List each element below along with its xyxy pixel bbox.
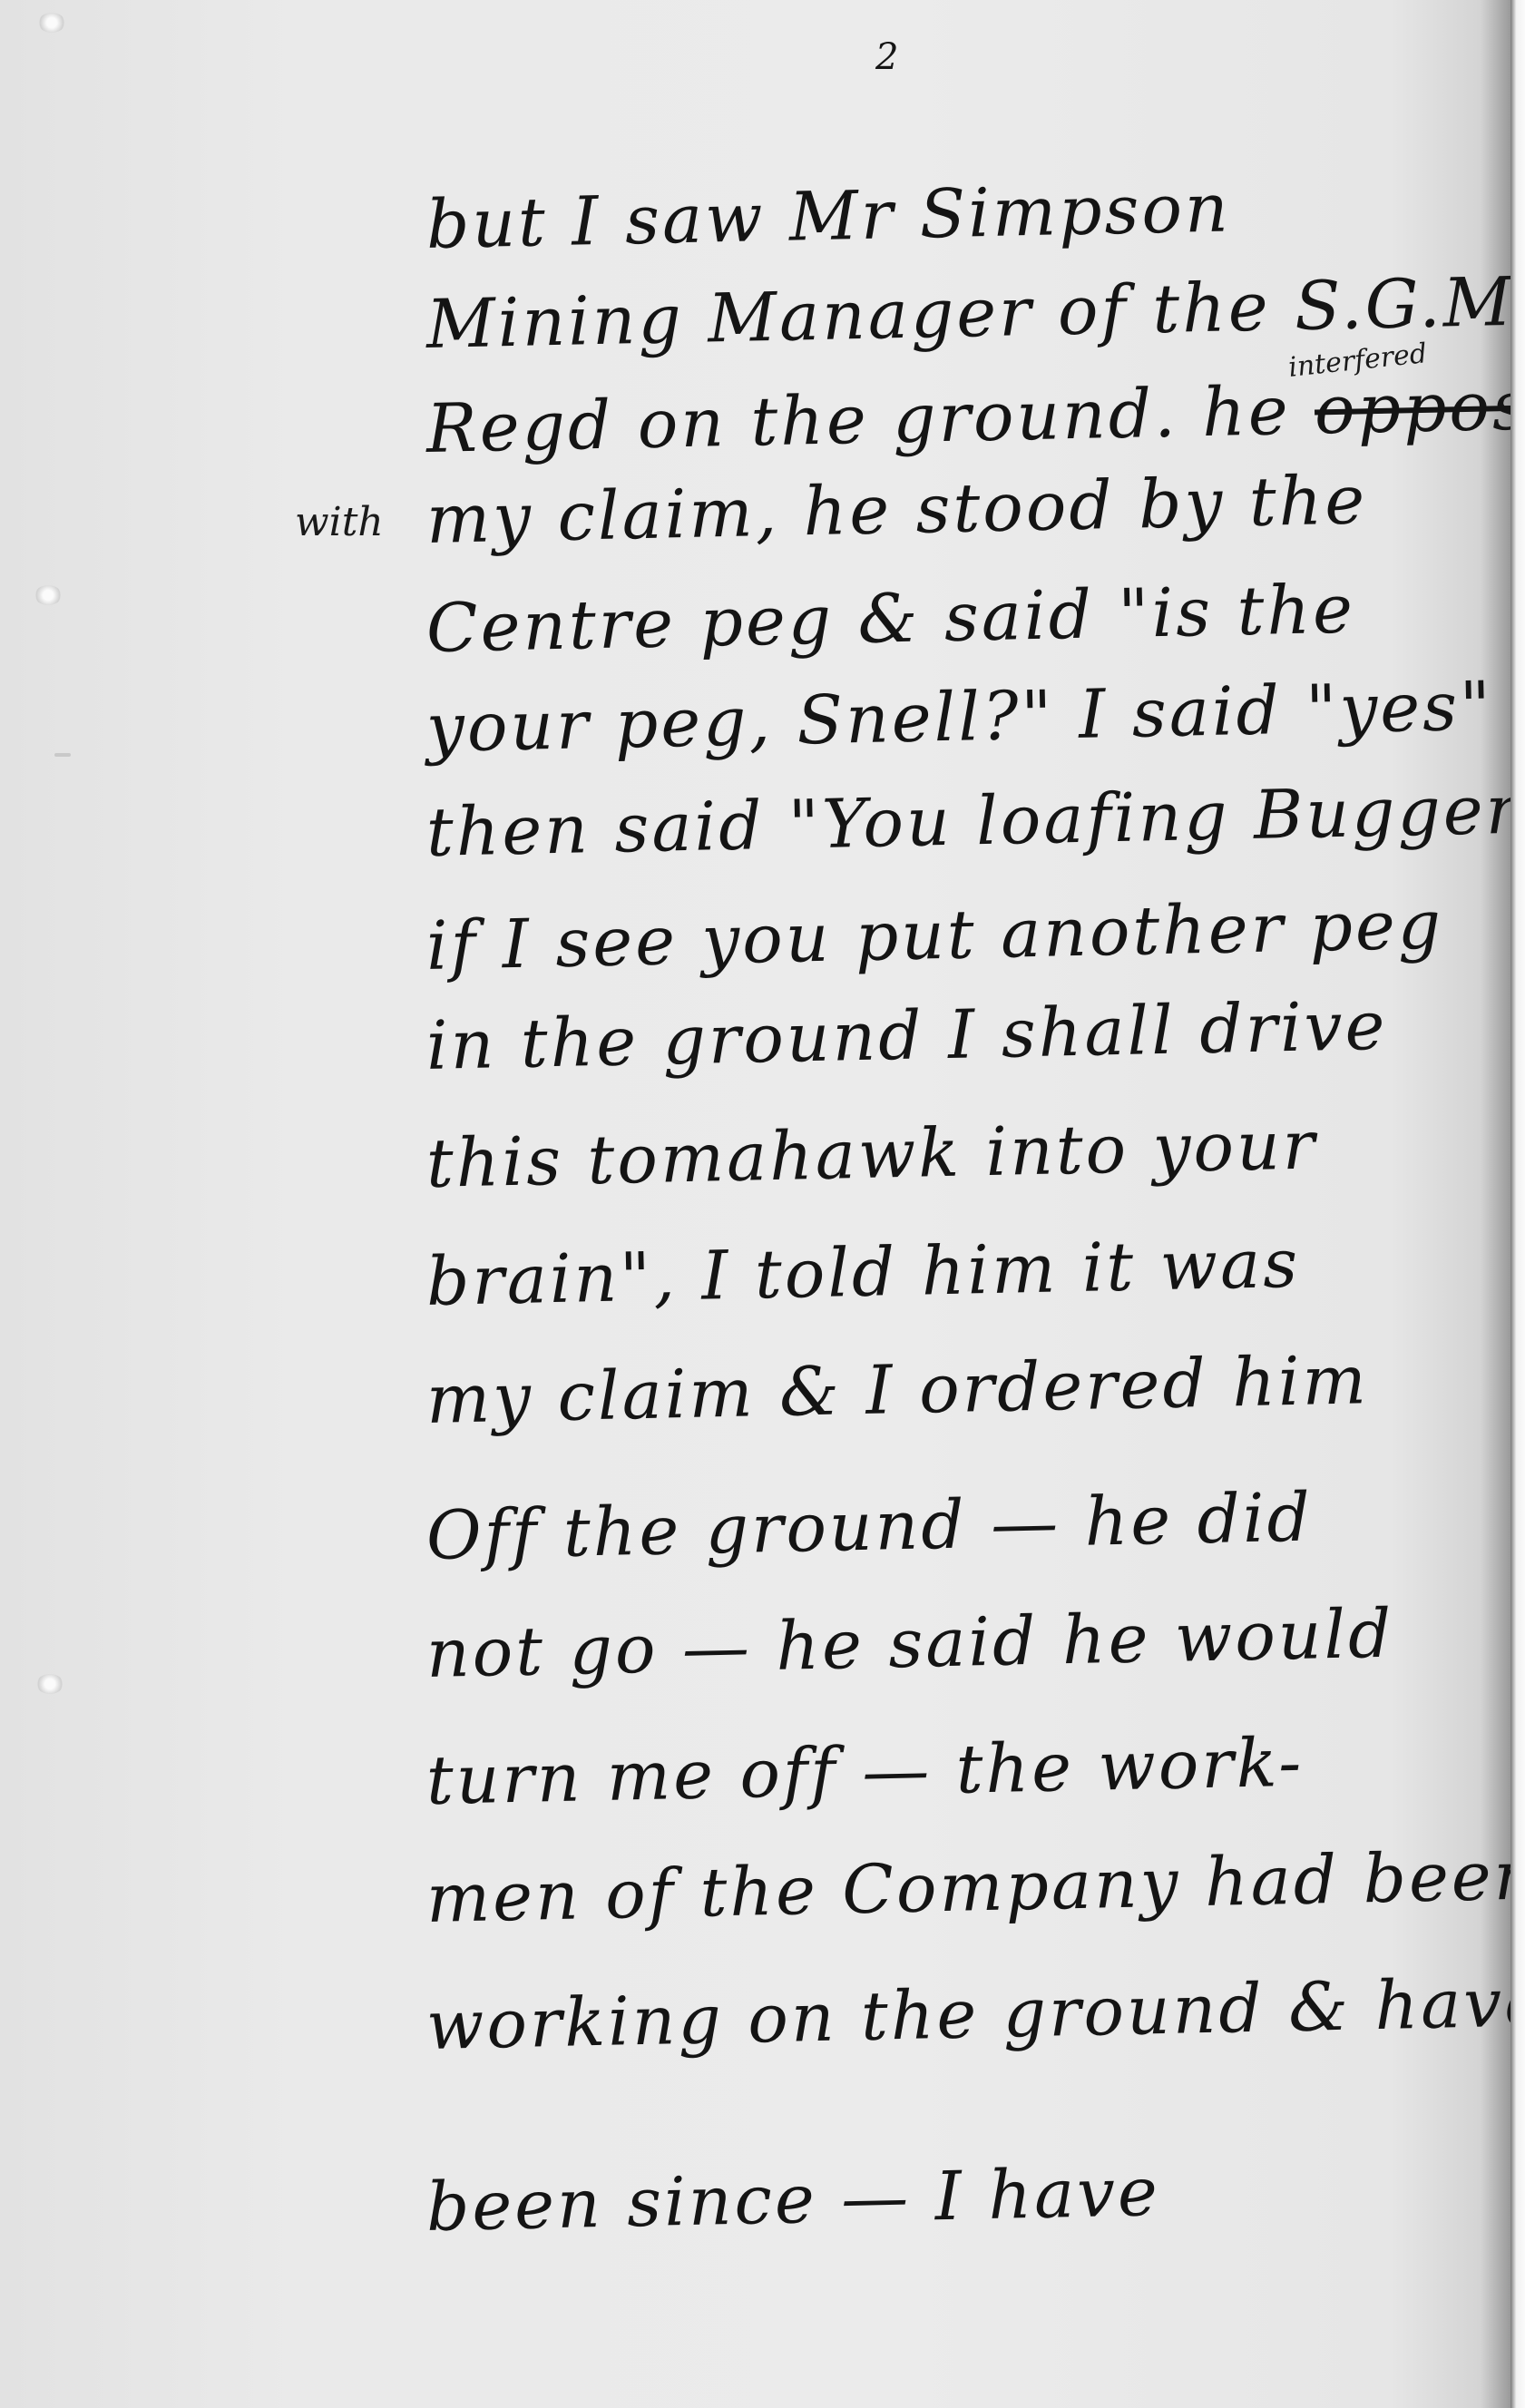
text-line-17: working on the ground & have bbox=[425, 1963, 1525, 2065]
text-line-7: then said "You loafing Bugger bbox=[425, 771, 1521, 872]
page-edge bbox=[1510, 0, 1525, 2408]
text-line-3: Regd on the ground. he opposed bbox=[425, 366, 1525, 468]
text-line-12: my claim & I ordered him bbox=[425, 1341, 1369, 1439]
struck-word: opposed bbox=[1314, 366, 1525, 450]
text-line-1: but I saw Mr Simpson bbox=[425, 169, 1231, 264]
text-line-14: not go — he said he would bbox=[425, 1595, 1394, 1693]
text-line-6: your peg, Snell?" I said "yes" He bbox=[425, 664, 1525, 768]
text-line-11: brain", I told him it was bbox=[425, 1225, 1301, 1321]
text-line-13: Off the ground — he did bbox=[425, 1479, 1314, 1575]
text-line-15: turn me off — the work- bbox=[425, 1724, 1305, 1820]
text-line-3-text: Regd on the ground. he bbox=[425, 372, 1291, 468]
manuscript-page: 2 with interfered but I saw Mr Simpson M… bbox=[0, 0, 1510, 2408]
text-line-4: my claim, he stood by the bbox=[425, 461, 1368, 559]
page-number: 2 bbox=[875, 36, 898, 78]
punch-hole-top bbox=[38, 13, 65, 33]
punch-hole-middle bbox=[34, 585, 62, 605]
text-line-10: this tomahawk into your bbox=[425, 1106, 1318, 1203]
margin-mark bbox=[54, 753, 71, 757]
text-line-18: been since — I have bbox=[425, 2153, 1160, 2246]
margin-note-with: with bbox=[295, 499, 384, 545]
punch-hole-bottom bbox=[36, 1674, 64, 1694]
text-line-8: if I see you put another peg bbox=[425, 886, 1444, 985]
text-line-16: men of the Company had been bbox=[425, 1836, 1525, 1938]
text-line-9: in the ground I shall drive bbox=[425, 987, 1388, 1085]
text-line-5: Centre peg & said "is the bbox=[425, 571, 1356, 668]
